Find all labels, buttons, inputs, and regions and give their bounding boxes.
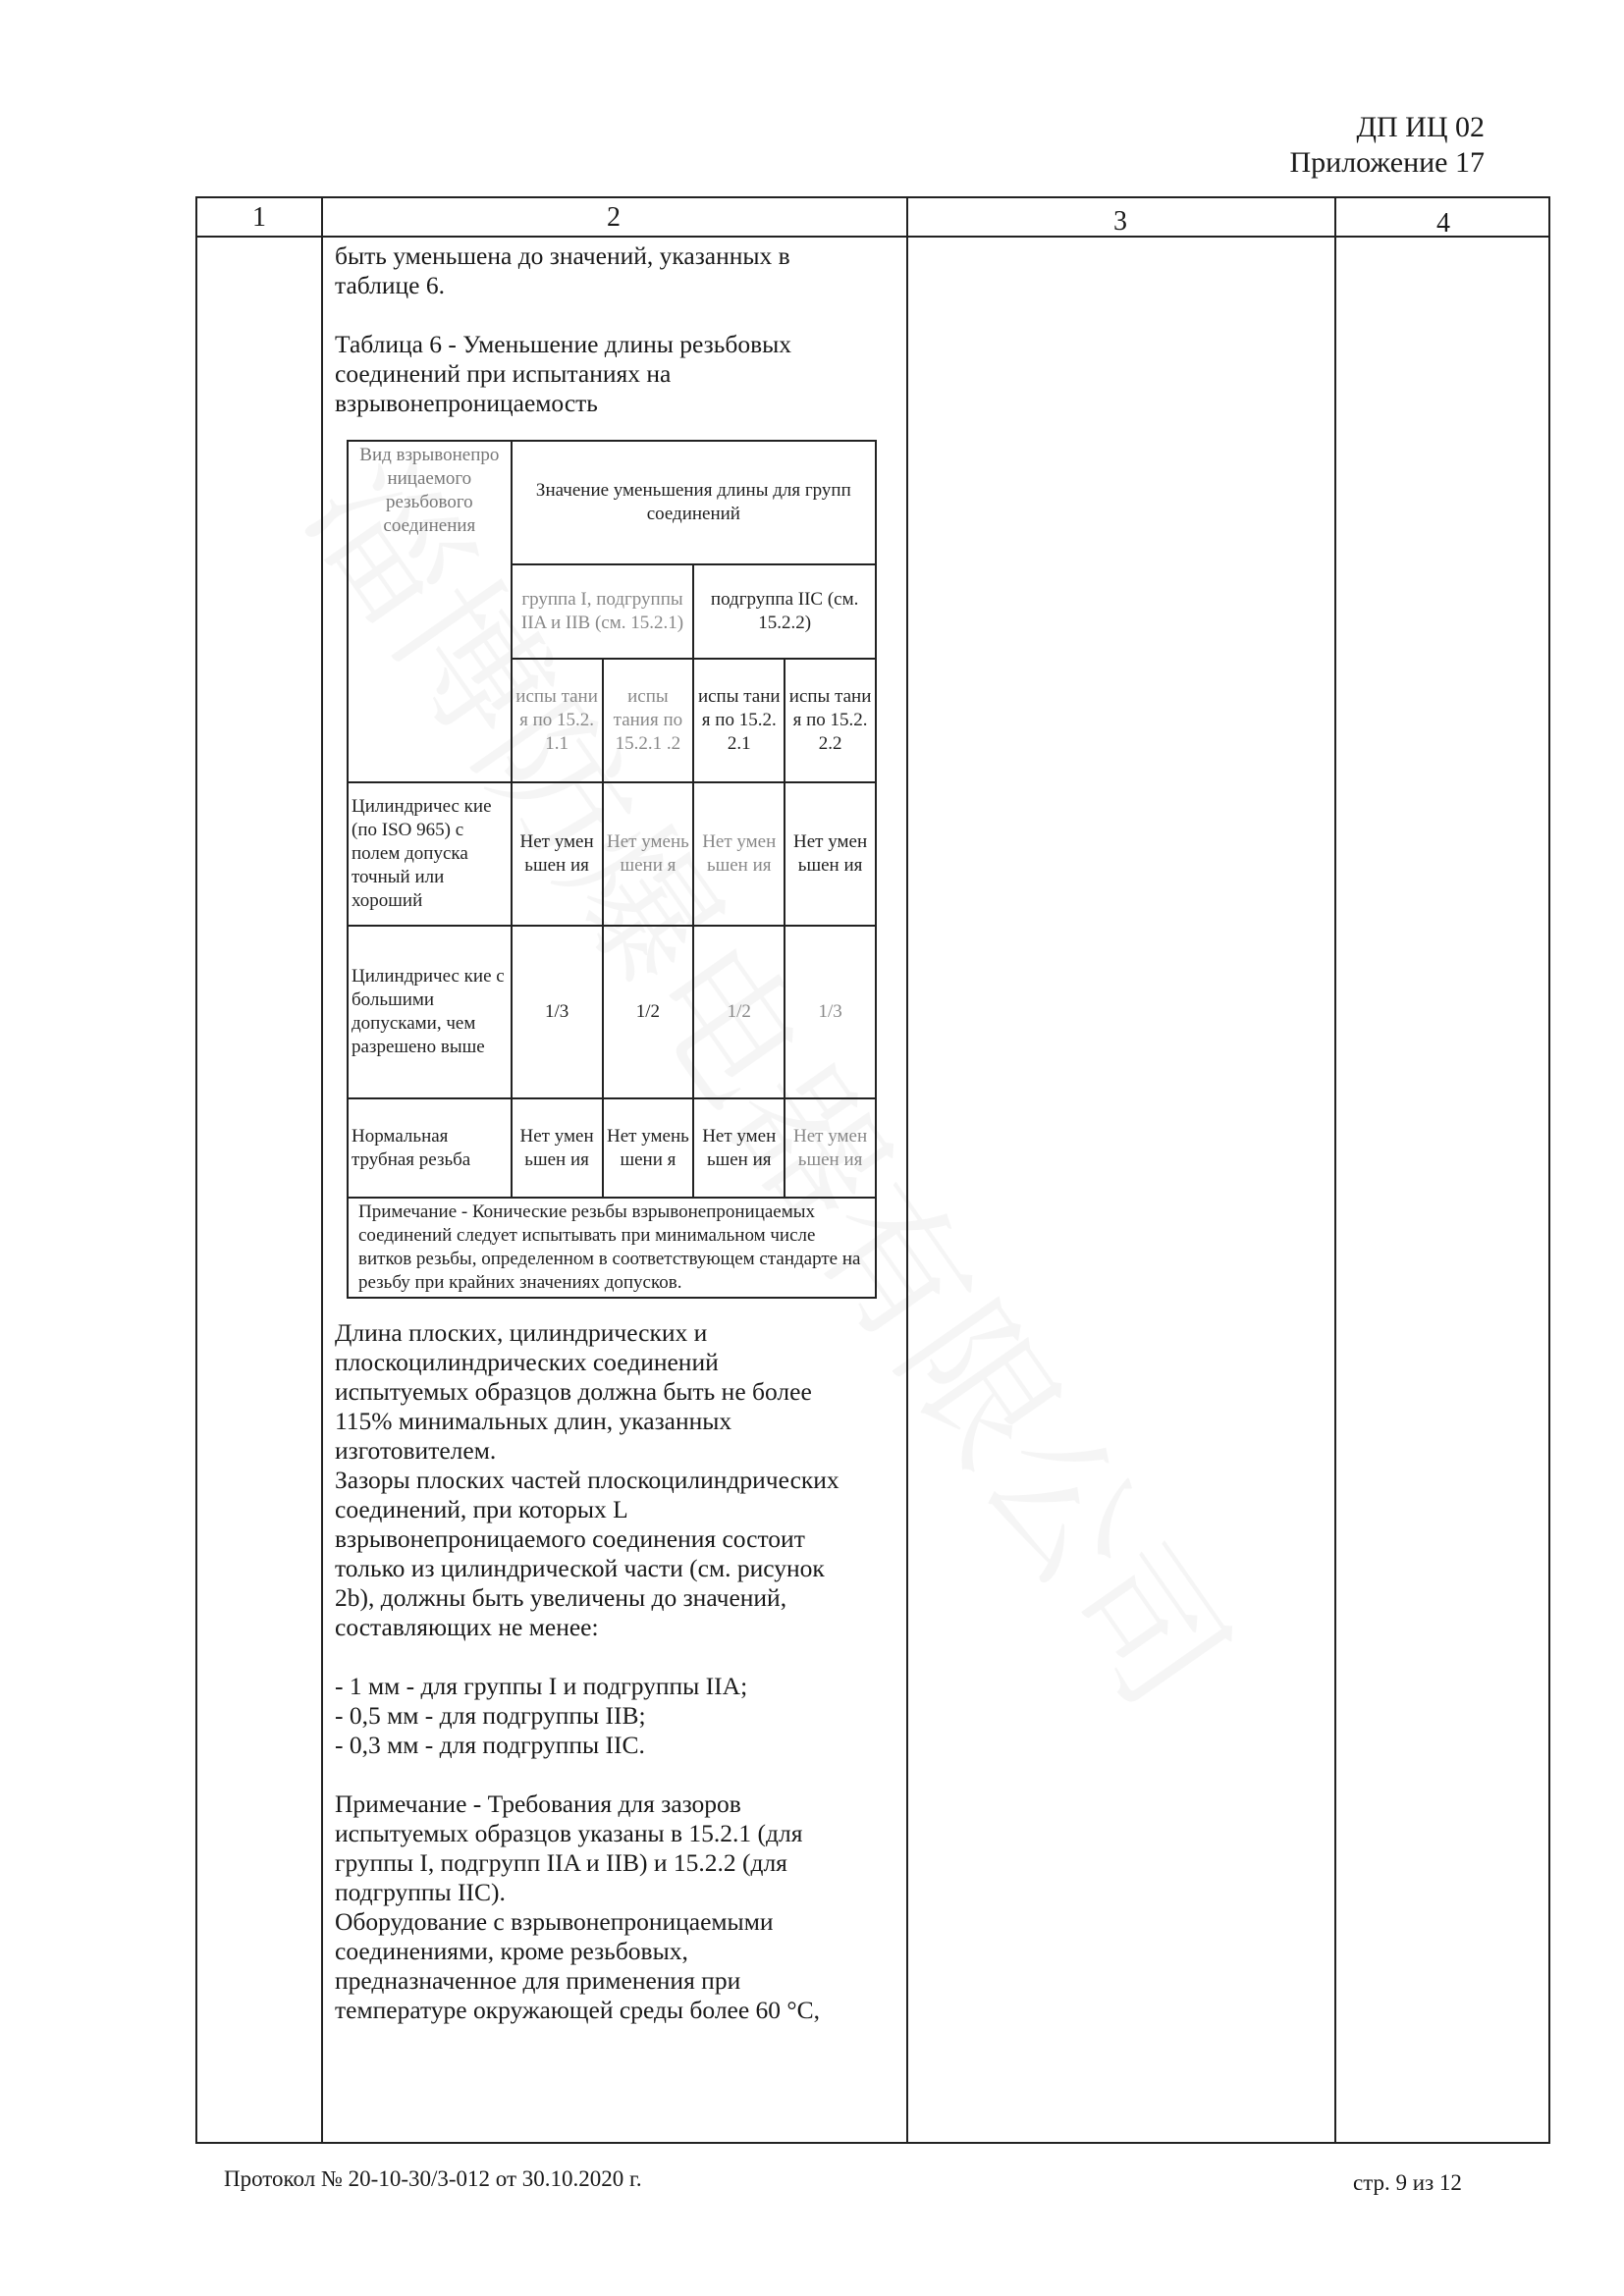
test-header: испы тания по 15.2.1 .2: [603, 659, 694, 782]
column-number-1: 1: [197, 202, 321, 234]
cell-value: Нет умен ьшен ия: [785, 1098, 876, 1198]
test-header: испы тани я по 15.2. 2.1: [693, 659, 785, 782]
column-number-3: 3: [906, 206, 1334, 238]
paragraph-line: подгруппы IIC).: [335, 1878, 885, 1907]
paragraph-line: Оборудование с взрывонепроницаемыми: [335, 1907, 885, 1937]
appendix-label: Приложение 17: [1289, 145, 1485, 181]
cell-value: Нет умень шени я: [603, 1098, 694, 1198]
intro-line: быть уменьшена до значений, указанных в: [335, 241, 885, 271]
paragraph-line: плоскоцилиндрических соединений: [335, 1348, 885, 1377]
paragraph-line: только из цилиндрической части (см. рису…: [335, 1554, 885, 1583]
column-divider: [1334, 198, 1336, 2142]
paragraph-line: изготовителем.: [335, 1436, 885, 1466]
group-header: подгруппа IIC (см. 15.2.2): [693, 564, 876, 659]
list-item: - 0,5 мм - для подгруппы IIB;: [335, 1701, 885, 1731]
paragraph-line: Длина плоских, цилиндрических и: [335, 1318, 885, 1348]
paragraph-line: соединений, при которых L: [335, 1495, 885, 1524]
list-item: - 0,3 мм - для подгруппы IIC.: [335, 1731, 885, 1760]
row-label: Цилиндричес кие с большими допусками, че…: [348, 926, 512, 1098]
paragraph-line: 115% минимальных длин, указанных: [335, 1407, 885, 1436]
test-header: испы тани я по 15.2. 2.2: [785, 659, 876, 782]
paragraph-line: взрывонепроницаемого соединения состоит: [335, 1524, 885, 1554]
paragraph-line: испытуемых образцов должна быть не более: [335, 1377, 885, 1407]
table-caption-line: взрывонепроницаемость: [335, 389, 885, 418]
cell-value: Нет умен ьшен ия: [693, 1098, 785, 1198]
table-caption-line: соединений при испытаниях на: [335, 359, 885, 389]
paragraph-line: 2b), должны быть увеличены до значений,: [335, 1583, 885, 1613]
cell-value: 1/2: [693, 926, 785, 1098]
cell-value: Нет умен ьшен ия: [512, 782, 603, 926]
column-number-2: 2: [321, 202, 906, 234]
row-label: Нормальная трубная резьба: [348, 1098, 512, 1198]
paragraph-line: температуре окружающей среды более 60 °С…: [335, 1996, 885, 2025]
table-row: Цилиндричес кие с большими допусками, че…: [348, 926, 876, 1098]
paragraph-line: составляющих не менее:: [335, 1613, 885, 1642]
main-table: 1 2 3 4 быть уменьшена до значений, указ…: [195, 196, 1550, 2144]
column-divider: [321, 198, 323, 2142]
intro-line: таблице 6.: [335, 271, 885, 300]
cell-value: Нет умен ьшен ия: [512, 1098, 603, 1198]
cell-value: 1/3: [512, 926, 603, 1098]
paragraph-line: Зазоры плоских частей плоскоцилиндрическ…: [335, 1466, 885, 1495]
group-header: группа I, подгруппы IIA и IIB (см. 15.2.…: [512, 564, 694, 659]
column-number-4: 4: [1334, 208, 1552, 240]
table-row: Нормальная трубная резьба Нет умен ьшен …: [348, 1098, 876, 1198]
cell-value: Нет умен ьшен ия: [785, 782, 876, 926]
row-label: Цилиндричес кие (по ISO 965) с полем доп…: [348, 782, 512, 926]
table-6: Вид взрывонепро ницаемого резьбового сое…: [347, 440, 877, 1299]
paragraph-line: Примечание - Требования для зазоров: [335, 1789, 885, 1819]
paragraph-line: испытуемых образцов указаны в 15.2.1 (дл…: [335, 1819, 885, 1848]
paragraph-line: группы I, подгрупп IIA и IIB) и 15.2.2 (…: [335, 1848, 885, 1878]
paragraph-line: предназначенное для применения при: [335, 1966, 885, 1996]
protocol-reference: Протокол № 20-10-30/3-012 от 30.10.2020 …: [224, 2166, 642, 2192]
cell-value: Нет умен ьшен ия: [693, 782, 785, 926]
table-caption-line: Таблица 6 - Уменьшение длины резьбовых: [335, 330, 885, 359]
table-note: Примечание - Конические резьбы взрывонеп…: [348, 1198, 876, 1298]
cell-value: 1/3: [785, 926, 876, 1098]
list-item: - 1 мм - для группы I и подгруппы IIA;: [335, 1672, 885, 1701]
paragraph-line: соединениями, кроме резьбовых,: [335, 1937, 885, 1966]
table-row: Цилиндричес кие (по ISO 965) с полем доп…: [348, 782, 876, 926]
test-header: испы тани я по 15.2. 1.1: [512, 659, 603, 782]
page-number: стр. 9 из 12: [1353, 2170, 1462, 2196]
cell-value: 1/2: [603, 926, 694, 1098]
column-divider: [906, 198, 908, 2142]
cell-value: Нет умень шени я: [603, 782, 694, 926]
column-2-content: быть уменьшена до значений, указанных в …: [335, 241, 885, 2025]
main-header: Значение уменьшения длины для групп соед…: [512, 441, 876, 564]
doc-code: ДП ИЦ 02: [1289, 110, 1485, 145]
document-header: ДП ИЦ 02 Приложение 17: [1289, 110, 1485, 181]
corner-header: Вид взрывонепро ницаемого резьбового сое…: [348, 441, 512, 782]
